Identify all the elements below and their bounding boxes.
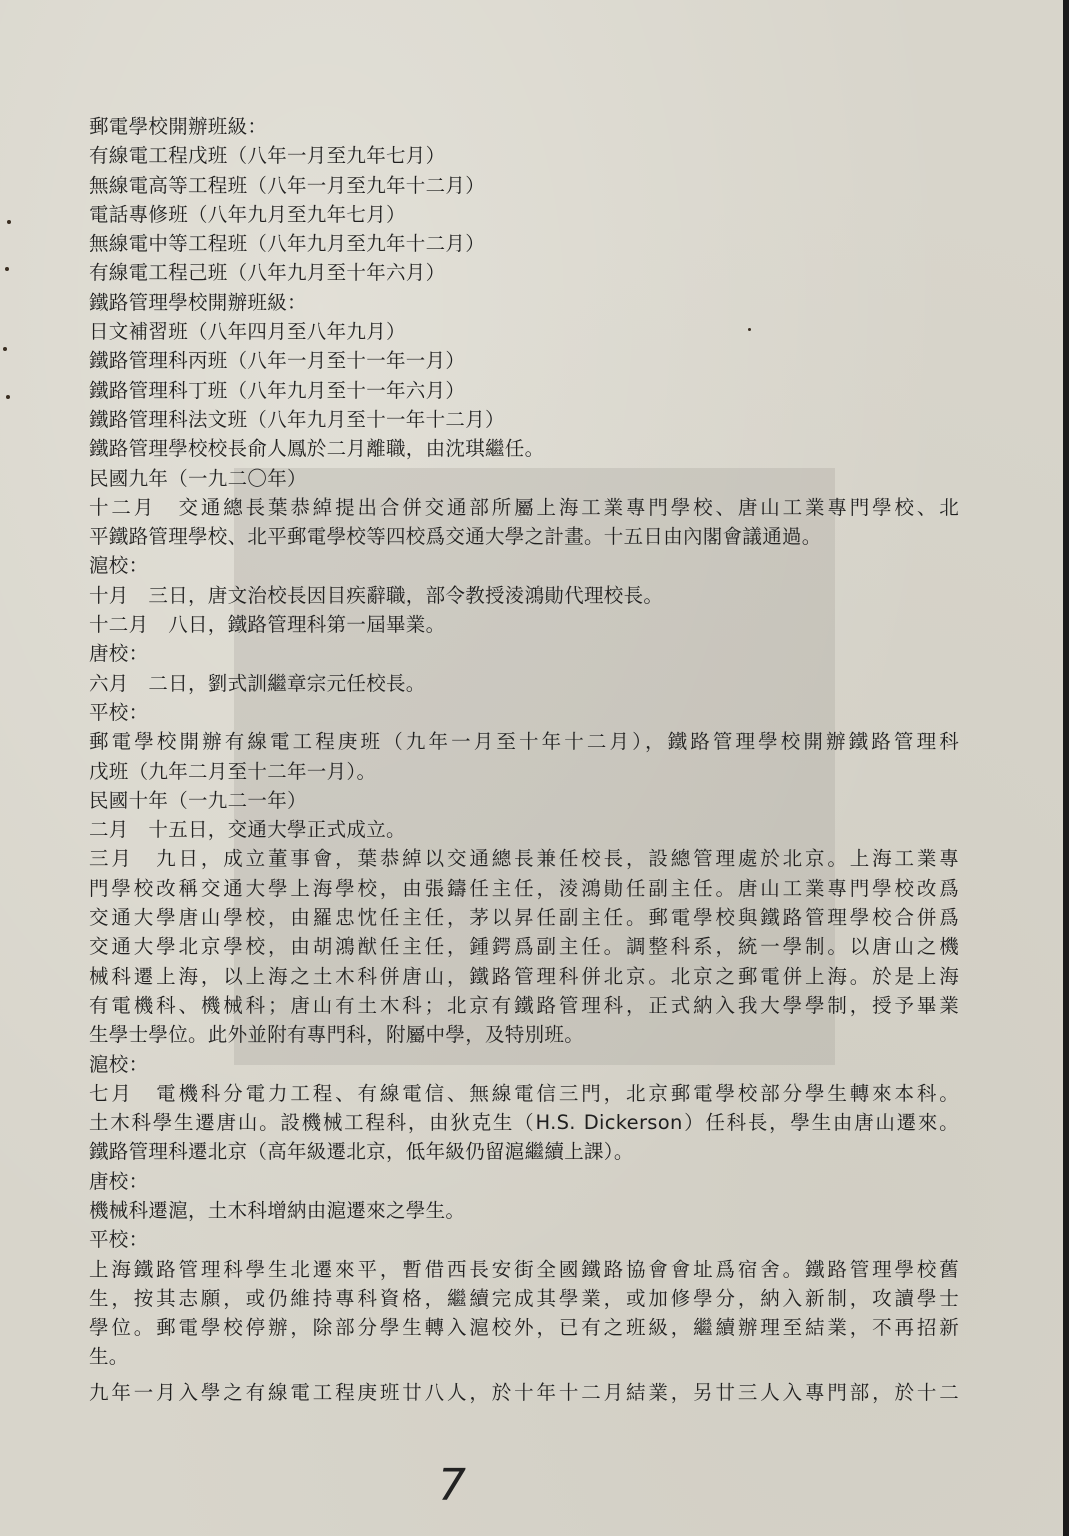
text-line: 二月 十五日，交通大學正式成立。 (89, 815, 959, 844)
text-line: 交通大學北京學校，由胡鴻猷任主任，鍾鍔爲副主任。調整科系，統一學制。以唐山之機 (89, 932, 959, 961)
text-line: 鐵路管理科丁班（八年九月至十一年六月） (89, 376, 959, 405)
scan-speck (6, 395, 10, 399)
text-line: 七月 電機科分電力工程、有線電信、無線電信三門，北京郵電學校部分學生轉來本科。 (89, 1079, 959, 1108)
text-line: 郵電學校開辦有線電工程庚班（九年一月至十年十二月），鐵路管理學校開辦鐵路管理科 (89, 727, 959, 756)
text-line: 九年一月入學之有線電工程庚班廿八人，於十年十二月結業，另廿三人入專門部，於十二 (89, 1378, 959, 1407)
text-line: 電話專修班（八年九月至九年七月） (89, 200, 959, 229)
text-line: 有線電工程戊班（八年一月至九年七月） (89, 141, 959, 170)
text-line: 三月 九日，成立董事會，葉恭綽以交通總長兼任校長，設總管理處於北京。上海工業專 (89, 844, 959, 873)
text-line: 機械科遷滬，土木科增納由滬遷來之學生。 (89, 1196, 959, 1225)
text-line: 鐵路管理科丙班（八年一月至十一年一月） (89, 346, 959, 375)
page-number: 7 (438, 1460, 466, 1511)
scan-speck (3, 347, 7, 351)
text-line: 十二月 八日，鐵路管理科第一屆畢業。 (89, 610, 959, 639)
scan-speck (7, 220, 11, 224)
text-line: 無線電中等工程班（八年九月至九年十二月） (89, 229, 959, 258)
text-line: 械科遷上海，以上海之土木科併唐山，鐵路管理科併北京。北京之郵電併上海。於是上海 (89, 962, 959, 991)
text-line: 上海鐵路管理科學生北遷來平，暫借西長安街全國鐵路協會會址爲宿舍。鐵路管理學校舊 (89, 1255, 959, 1284)
scan-speck (5, 267, 9, 271)
text-line: 門學校改稱交通大學上海學校，由張鑄任主任，淩鴻勛任副主任。唐山工業專門學校改爲 (89, 874, 959, 903)
campus-heading-shanghai: 滬校： (89, 551, 959, 580)
text-line: 有線電工程己班（八年九月至十年六月） (89, 258, 959, 287)
year-heading-1921: 民國十年（一九二一年） (89, 786, 959, 815)
section-heading-railway-school-classes: 鐵路管理學校開辦班級： (89, 288, 959, 317)
text-line: 鐵路管理科遷北京（高年級遷北京，低年級仍留滬繼續上課）。 (89, 1137, 959, 1166)
document-body: 郵電學校開辦班級： 有線電工程戊班（八年一月至九年七月） 無線電高等工程班（八年… (89, 112, 959, 1407)
campus-heading-peiping: 平校： (89, 1225, 959, 1254)
text-line: 鐵路管理學校校長俞人鳳於二月離職，由沈琪繼任。 (89, 434, 959, 463)
text-line: 十月 三日，唐文治校長因目疾辭職，部令教授淩鴻勛代理校長。 (89, 581, 959, 610)
text-line: 十二月 交通總長葉恭綽提出合併交通部所屬上海工業專門學校、唐山工業專門學校、北 (89, 493, 959, 522)
section-heading-postal-school-classes: 郵電學校開辦班級： (89, 112, 959, 141)
text-line: 鐵路管理科法文班（八年九月至十一年十二月） (89, 405, 959, 434)
text-line: 日文補習班（八年四月至八年九月） (89, 317, 959, 346)
text-line: 生，按其志願，或仍維持專科資格，繼續完成其學業，或加修學分，納入新制，攻讀學士 (89, 1284, 959, 1313)
text-line: 生。 (89, 1342, 959, 1371)
campus-heading-shanghai: 滬校： (89, 1050, 959, 1079)
campus-heading-tangshan: 唐校： (89, 639, 959, 668)
text-line: 學位。郵電學校停辦，除部分學生轉入滬校外，已有之班級，繼續辦理至結業，不再招新 (89, 1313, 959, 1342)
campus-heading-tangshan: 唐校： (89, 1167, 959, 1196)
text-line: 交通大學唐山學校，由羅忠忱任主任，茅以昇任副主任。郵電學校與鐵路管理學校合併爲 (89, 903, 959, 932)
text-line: 土木科學生遷唐山。設機械工程科，由狄克生（H.S. Dickerson）任科長，… (89, 1108, 959, 1137)
text-line: 六月 二日，劉式訓繼章宗元任校長。 (89, 669, 959, 698)
text-line: 有電機科、機械科；唐山有土木科；北京有鐵路管理科，正式納入我大學學制，授予畢業 (89, 991, 959, 1020)
year-heading-1920: 民國九年（一九二〇年） (89, 464, 959, 493)
campus-heading-peiping: 平校： (89, 698, 959, 727)
text-line: 生學士學位。此外並附有專門科，附屬中學，及特別班。 (89, 1020, 959, 1049)
scan-edge-border (1063, 0, 1069, 1536)
text-line: 戊班（九年二月至十二年一月）。 (89, 757, 959, 786)
text-line: 無線電高等工程班（八年一月至九年十二月） (89, 171, 959, 200)
text-line: 平鐵路管理學校、北平郵電學校等四校爲交通大學之計畫。十五日由內閣會議通過。 (89, 522, 959, 551)
